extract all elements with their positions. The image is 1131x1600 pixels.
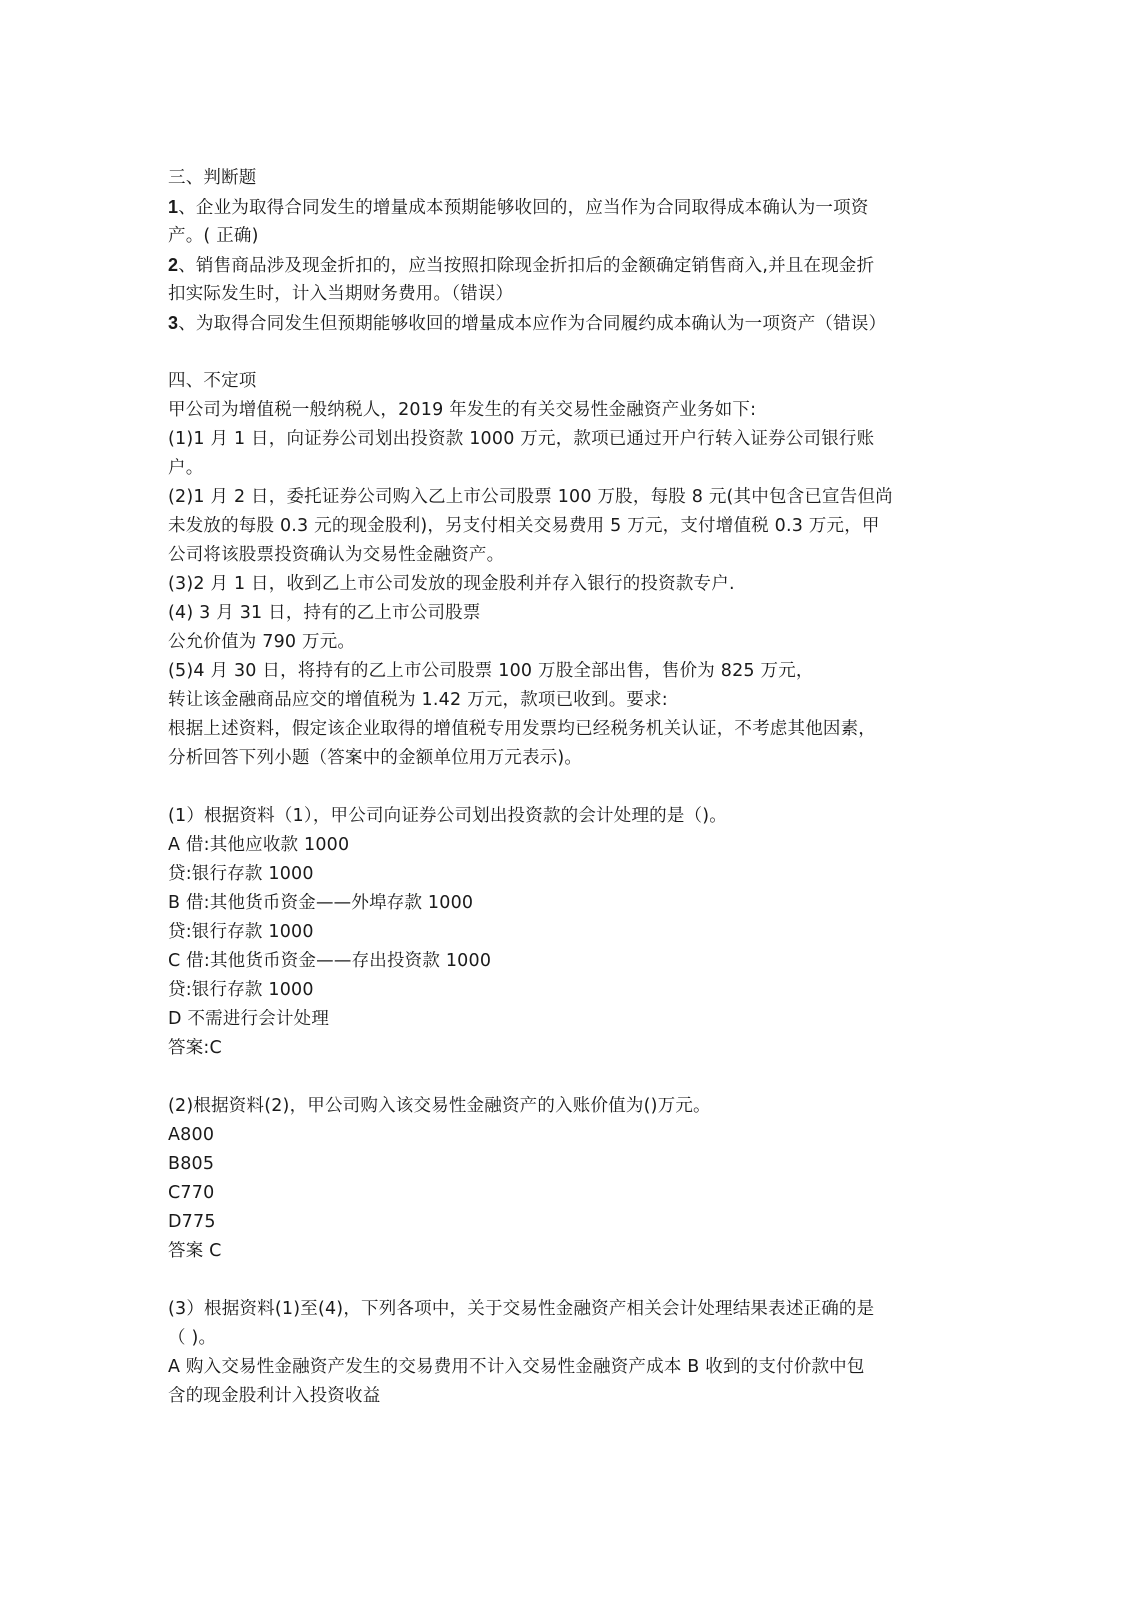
question-3-option: A 购入交易性金融资产发生的交易费用不计入交易性金融资产成本 B 收到的支付价款… [168,1353,958,1382]
question-3-stem-cont: （ )。 [168,1324,958,1353]
case-intro: 甲公司为增值税一般纳税人，2019 年发生的有关交易性金融资产业务如下: [168,396,958,425]
question-1-option: A 借:其他应收款 1000 [168,831,958,860]
section-title-indefinite: 四、不定项 [168,367,958,396]
question-3-option: 含的现金股利计入投资收益 [168,1382,958,1411]
document-page: 三、判断题 1、企业为取得合同发生的增量成本预期能够收回的，应当作为合同取得成本… [168,164,958,1411]
material-line: 未发放的每股 0.3 元的现金股利)，另支付相关交易费用 5 万元，支付增值税 … [168,512,958,541]
question-1-answer: 答案:C [168,1034,958,1063]
question-1-option: 贷:银行存款 1000 [168,860,958,889]
judgment-item-1: 1、企业为取得合同发生的增量成本预期能够收回的，应当作为合同取得成本确认为一项资 [168,193,958,222]
material-line: 公司将该股票投资确认为交易性金融资产。 [168,541,958,570]
question-1-option: B 借:其他货币资金——外埠存款 1000 [168,889,958,918]
question-1-option: C 借:其他货币资金——存出投资款 1000 [168,947,958,976]
material-line: (5)4 月 30 日，将持有的乙上市公司股票 100 万股全部出售，售价为 8… [168,657,958,686]
judgment-item-2-cont: 扣实际发生时，计入当期财务费用。（错误） [168,280,958,309]
section-title-judgment: 三、判断题 [168,164,958,193]
question-2-option: A800 [168,1121,958,1150]
material-line: (2)1 月 2 日，委托证券公司购入乙上市公司股票 100 万股，每股 8 元… [168,483,958,512]
material-line: (4) 3 月 31 日，持有的乙上市公司股票 [168,599,958,628]
question-2-stem: (2)根据资料(2)，甲公司购入该交易性金融资产的入账价值为()万元。 [168,1092,958,1121]
question-2-answer: 答案 C [168,1237,958,1266]
material-line: 根据上述资料，假定该企业取得的增值税专用发票均已经税务机关认证，不考虑其他因素， [168,715,958,744]
material-line: 分析回答下列小题（答案中的金额单位用万元表示)。 [168,744,958,773]
question-1-option: 贷:银行存款 1000 [168,918,958,947]
judgment-item-2: 2、销售商品涉及现金折扣的，应当按照扣除现金折扣后的金额确定销售商入,并且在现金… [168,251,958,280]
question-2-option: B805 [168,1150,958,1179]
material-line: 户。 [168,454,958,483]
question-2-option: C770 [168,1179,958,1208]
question-1-option: 贷:银行存款 1000 [168,976,958,1005]
question-1-option: D 不需进行会计处理 [168,1005,958,1034]
material-line: 转让该金融商品应交的增值税为 1.42 万元，款项已收到。要求: [168,686,958,715]
question-1-stem: (1）根据资料（1），甲公司向证券公司划出投资款的会计处理的是（)。 [168,802,958,831]
material-line: (1)1 月 1 日，向证券公司划出投资款 1000 万元，款项已通过开户行转入… [168,425,958,454]
judgment-item-1-cont: 产。( 正确) [168,222,958,251]
judgment-item-3: 3、为取得合同发生但预期能够收回的增量成本应作为合同履约成本确认为一项资产（错误… [168,309,958,338]
question-2-option: D775 [168,1208,958,1237]
question-3-stem: (3）根据资料(1)至(4)，下列各项中，关于交易性金融资产相关会计处理结果表述… [168,1295,958,1324]
material-line: (3)2 月 1 日，收到乙上市公司发放的现金股利并存入银行的投资款专户. [168,570,958,599]
material-line: 公允价值为 790 万元。 [168,628,958,657]
